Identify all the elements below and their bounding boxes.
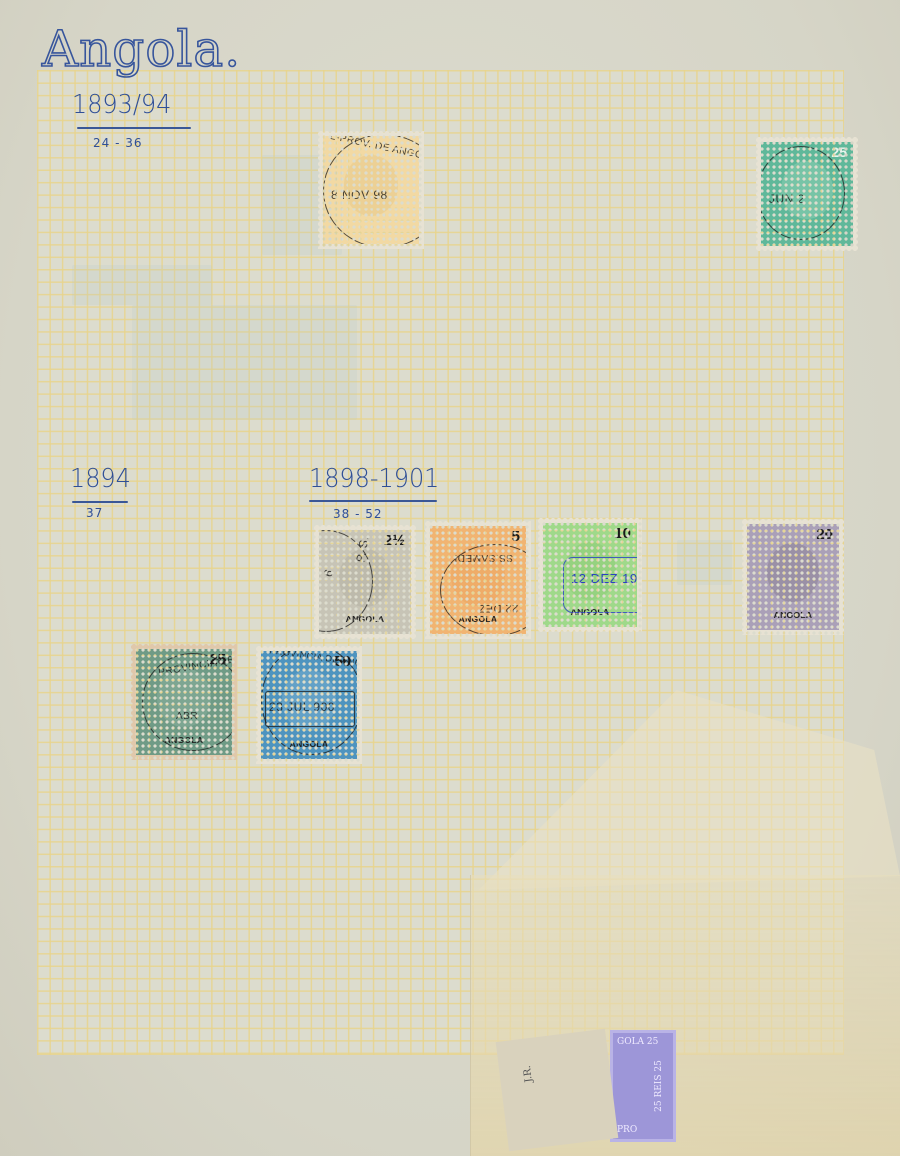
note-initials: J.R. [522, 1065, 535, 1083]
denomination: 25 [831, 144, 847, 160]
stamp-face: 20 ANGOLA [747, 524, 839, 630]
postmark-date: 8 NOV 98 [331, 188, 388, 202]
hinge-note: J.R. [496, 1029, 619, 1152]
postmark-date: 22 DEZ [478, 602, 518, 614]
denomination: 2½ [384, 532, 405, 549]
section-year: 1894 [70, 464, 131, 494]
section-range: 24 - 36 [93, 136, 143, 150]
section-year: 1893/94 [72, 90, 171, 120]
stamp-text: GOLA 25 [617, 1037, 658, 1047]
stamp-face: 50 ANGOLA PROVINCIA DE ANGOLA 23 JUL 900 [261, 651, 357, 759]
postmark-text: SS.SAMEDI [454, 552, 513, 563]
section-range: 37 [86, 506, 103, 520]
section-underline [72, 501, 128, 503]
denomination: 5 [512, 528, 520, 545]
section-underline [309, 500, 437, 502]
country-name: ANGOLA [747, 610, 839, 620]
denomination: 20 [816, 526, 833, 543]
album-page: Angola. 1893/94 24 - 36 1894 37 1898-190… [0, 0, 900, 1156]
ghost-mark [72, 265, 212, 305]
glassine-envelope[interactable]: GOLA 25 25 REIS 25 PRO J.R. [470, 690, 900, 1156]
stamp-face: 25 ANGOLA PROVINCIA DE ABR [136, 649, 232, 755]
stamp-face: 2½ ANGOLA P. S. 6 [319, 530, 411, 634]
stamp-face: 5 ANGOLA SS.SAMEDI 22 DEZ [430, 526, 526, 634]
section-year: 1898-1901 [309, 464, 439, 494]
stamp-face: 10 ANGOLA 12 DEZ 190 [543, 523, 637, 627]
stamp[interactable]: 10 ANGOLA 12 DEZ 190 [538, 518, 642, 632]
ghost-mark [132, 305, 357, 420]
stamp-face: L-PROV. DE ANGOLA 8 NOV 98 [323, 136, 419, 244]
stamp[interactable]: 25 ANGOLA PROVINCIA DE ABR [131, 644, 237, 760]
stamp[interactable]: 20 ANGOLA [742, 519, 844, 635]
postmark-date: ABR [176, 711, 198, 722]
stamp-face: 25 JUN 2 [761, 142, 853, 246]
stamp-text: PRO [617, 1125, 637, 1135]
section-underline [77, 127, 191, 129]
envelope-stamp[interactable]: GOLA 25 25 REIS 25 PRO [610, 1030, 676, 1142]
stamp[interactable]: 5 ANGOLA SS.SAMEDI 22 DEZ [425, 521, 531, 639]
stamp[interactable]: 25 JUN 2 [756, 137, 858, 251]
section-range: 38 - 52 [333, 507, 383, 521]
postmark-date: 12 DEZ 190 [571, 571, 637, 586]
postmark-date: 23 JUL 900 [269, 700, 335, 714]
stamp-text: 25 REIS 25 [654, 1060, 664, 1112]
stamp[interactable]: L-PROV. DE ANGOLA 8 NOV 98 [318, 131, 424, 249]
portrait-icon [767, 543, 819, 602]
postmark-date: JUN 2 [769, 192, 805, 206]
stamp[interactable]: 50 ANGOLA PROVINCIA DE ANGOLA 23 JUL 900 [256, 646, 362, 764]
envelope-flap [470, 690, 900, 890]
page-title: Angola. [42, 20, 241, 78]
denomination: 10 [614, 525, 631, 542]
stamp[interactable]: 2½ ANGOLA P. S. 6 [314, 525, 416, 639]
ghost-mark [677, 540, 732, 585]
